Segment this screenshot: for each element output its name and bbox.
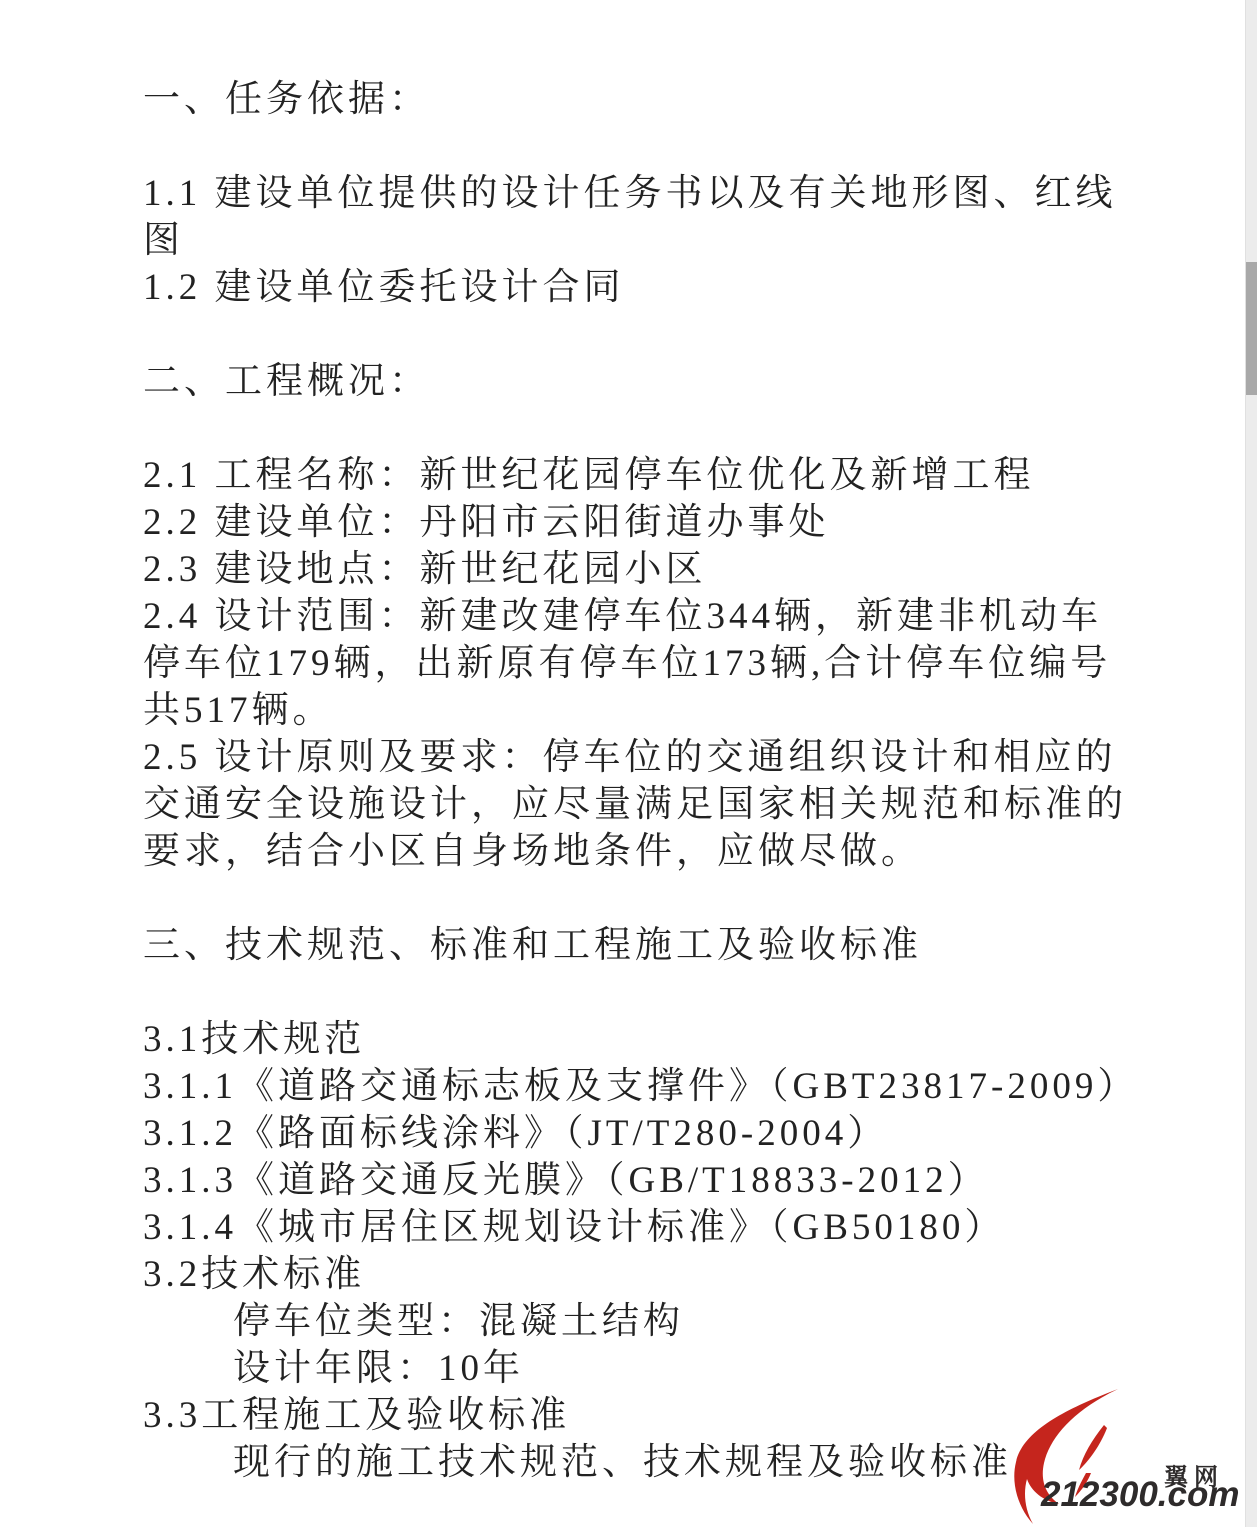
blank-line: [143, 875, 1203, 922]
document-text: 一、任务依据：1.1 建设单位提供的设计任务书以及有关地形图、红线图1.2 建设…: [143, 76, 1203, 1486]
blank-line: [143, 311, 1203, 358]
blank-line: [143, 969, 1203, 1016]
text-line: 停车位179辆，出新原有停车位173辆,合计停车位编号: [143, 640, 1203, 687]
blank-line: [143, 405, 1203, 452]
text-line: 3.2技术标准: [143, 1251, 1203, 1298]
text-line: 1.2 建设单位委托设计合同: [143, 264, 1203, 311]
text-line: 交通安全设施设计，应尽量满足国家相关规范和标准的: [143, 781, 1203, 828]
section-heading: 三、技术规范、标准和工程施工及验收标准: [143, 922, 1203, 969]
text-line: 2.4 设计范围：新建改建停车位344辆，新建非机动车: [143, 593, 1203, 640]
text-line: 2.5 设计原则及要求：停车位的交通组织设计和相应的: [143, 734, 1203, 781]
site-watermark: 翼网 212300.com: [1012, 1383, 1247, 1527]
blank-line: [143, 123, 1203, 170]
text-line: 图: [143, 217, 1203, 264]
text-line: 要求，结合小区自身场地条件，应做尽做。: [143, 828, 1203, 875]
text-line: 2.3 建设地点：新世纪花园小区: [143, 546, 1203, 593]
watermark-site-url: 212300.com: [1041, 1475, 1239, 1515]
text-line: 3.1.4《城市居住区规划设计标准》（GB50180）: [143, 1204, 1203, 1251]
scrollbar-track[interactable]: [1245, 0, 1257, 1527]
text-line: 2.1 工程名称：新世纪花园停车位优化及新增工程: [143, 452, 1203, 499]
text-line: 1.1 建设单位提供的设计任务书以及有关地形图、红线: [143, 170, 1203, 217]
document-page: { "page": { "background": "#ffffff", "te…: [0, 0, 1257, 1527]
text-line: 3.1.3《道路交通反光膜》（GB/T18833-2012）: [143, 1157, 1203, 1204]
scrollbar-thumb[interactable]: [1246, 262, 1257, 395]
text-line-indented: 停车位类型：混凝土结构: [143, 1298, 1203, 1345]
text-line: 3.1.1《道路交通标志板及支撑件》（GBT23817-2009）: [143, 1063, 1203, 1110]
section-heading: 一、任务依据：: [143, 76, 1203, 123]
text-line: 3.1.2《路面标线涂料》（JT/T280-2004）: [143, 1110, 1203, 1157]
section-heading: 二、工程概况：: [143, 358, 1203, 405]
text-line: 2.2 建设单位：丹阳市云阳街道办事处: [143, 499, 1203, 546]
text-line: 共517辆。: [143, 687, 1203, 734]
text-line: 3.1技术规范: [143, 1016, 1203, 1063]
